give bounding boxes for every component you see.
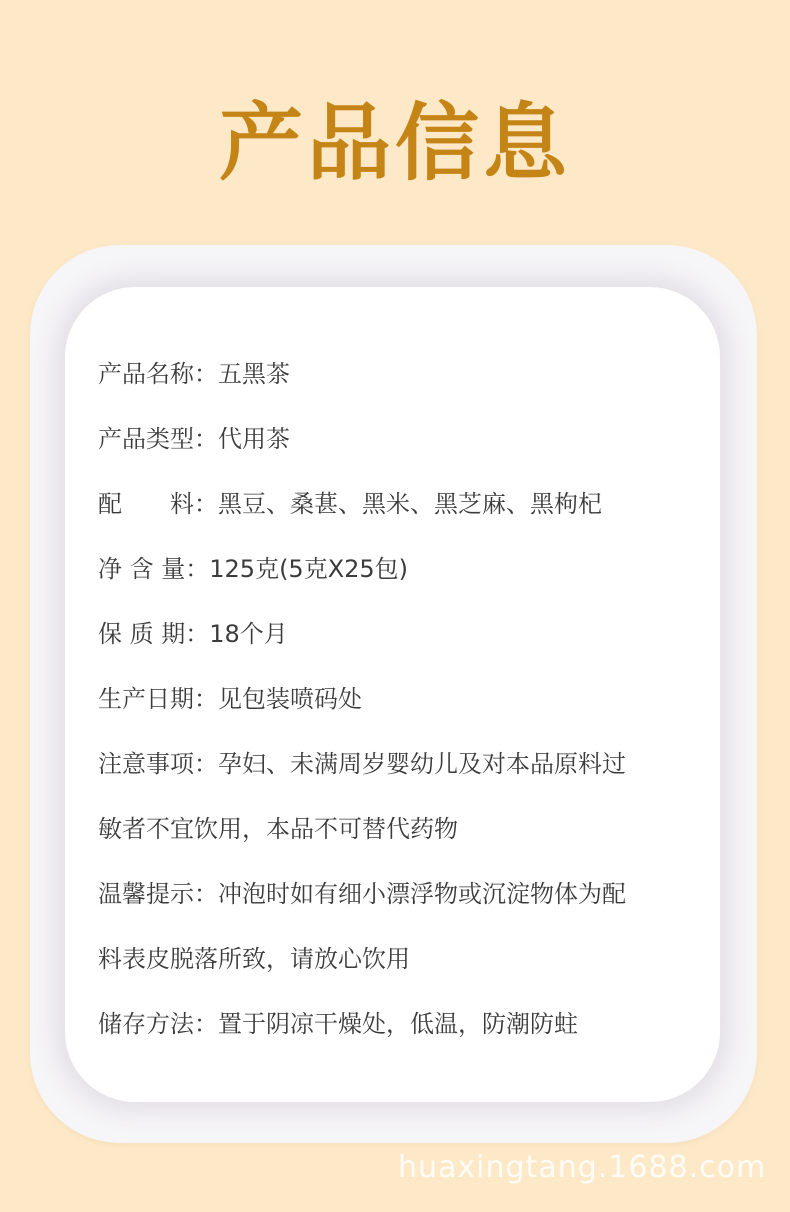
info-row-product-name: 产品名称：五黑茶 xyxy=(98,352,698,417)
info-row-product-type: 产品类型：代用茶 xyxy=(98,417,698,482)
info-label: 产品名称： xyxy=(98,352,218,396)
info-value: 125克(5克X25包) xyxy=(209,555,408,583)
info-value: 18个月 xyxy=(209,620,288,648)
info-row-shelf-life: 保 质 期：18个月 xyxy=(98,612,698,677)
info-label: 注意事项： xyxy=(98,742,218,786)
info-row-storage: 储存方法：置于阴凉干燥处，低温，防潮防蛀 xyxy=(98,1002,698,1067)
info-row-precautions: 注意事项：孕妇、未满周岁婴幼儿及对本品原料过 xyxy=(98,742,698,807)
info-row-ingredients: 配 料：黑豆、桑葚、黑米、黑芝麻、黑枸杞 xyxy=(98,482,698,547)
info-row-tips-cont: 料表皮脱落所致，请放心饮用 xyxy=(98,937,698,1002)
info-value: 见包装喷码处 xyxy=(218,685,362,713)
info-value: 五黑茶 xyxy=(218,360,290,388)
info-value: 敏者不宜饮用，本品不可替代药物 xyxy=(98,815,458,843)
info-value: 孕妇、未满周岁婴幼儿及对本品原料过 xyxy=(218,750,626,778)
product-info-list: 产品名称：五黑茶 产品类型：代用茶 配 料：黑豆、桑葚、黑米、黑芝麻、黑枸杞 净… xyxy=(98,352,698,1067)
info-label: 温馨提示： xyxy=(98,872,218,916)
info-row-tips: 温馨提示：冲泡时如有细小漂浮物或沉淀物体为配 xyxy=(98,872,698,937)
info-value: 冲泡时如有细小漂浮物或沉淀物体为配 xyxy=(218,880,626,908)
info-row-net-content: 净 含 量：125克(5克X25包) xyxy=(98,547,698,612)
info-value: 置于阴凉干燥处，低温，防潮防蛀 xyxy=(218,1010,578,1038)
info-value: 料表皮脱落所致，请放心饮用 xyxy=(98,945,410,973)
info-row-precautions-cont: 敏者不宜饮用，本品不可替代药物 xyxy=(98,807,698,872)
info-label: 生产日期： xyxy=(98,677,218,721)
watermark-text: huaxingtang.1688.com xyxy=(398,1150,766,1185)
info-label: 净 含 量： xyxy=(98,547,209,591)
info-label: 保 质 期： xyxy=(98,612,209,656)
info-label: 产品类型： xyxy=(98,417,218,461)
info-label: 储存方法： xyxy=(98,1002,218,1046)
info-value: 代用茶 xyxy=(218,425,290,453)
page-title: 产品信息 xyxy=(0,88,790,198)
info-value: 黑豆、桑葚、黑米、黑芝麻、黑枸杞 xyxy=(218,490,602,518)
info-row-production-date: 生产日期：见包装喷码处 xyxy=(98,677,698,742)
info-label: 配 料： xyxy=(98,482,218,526)
